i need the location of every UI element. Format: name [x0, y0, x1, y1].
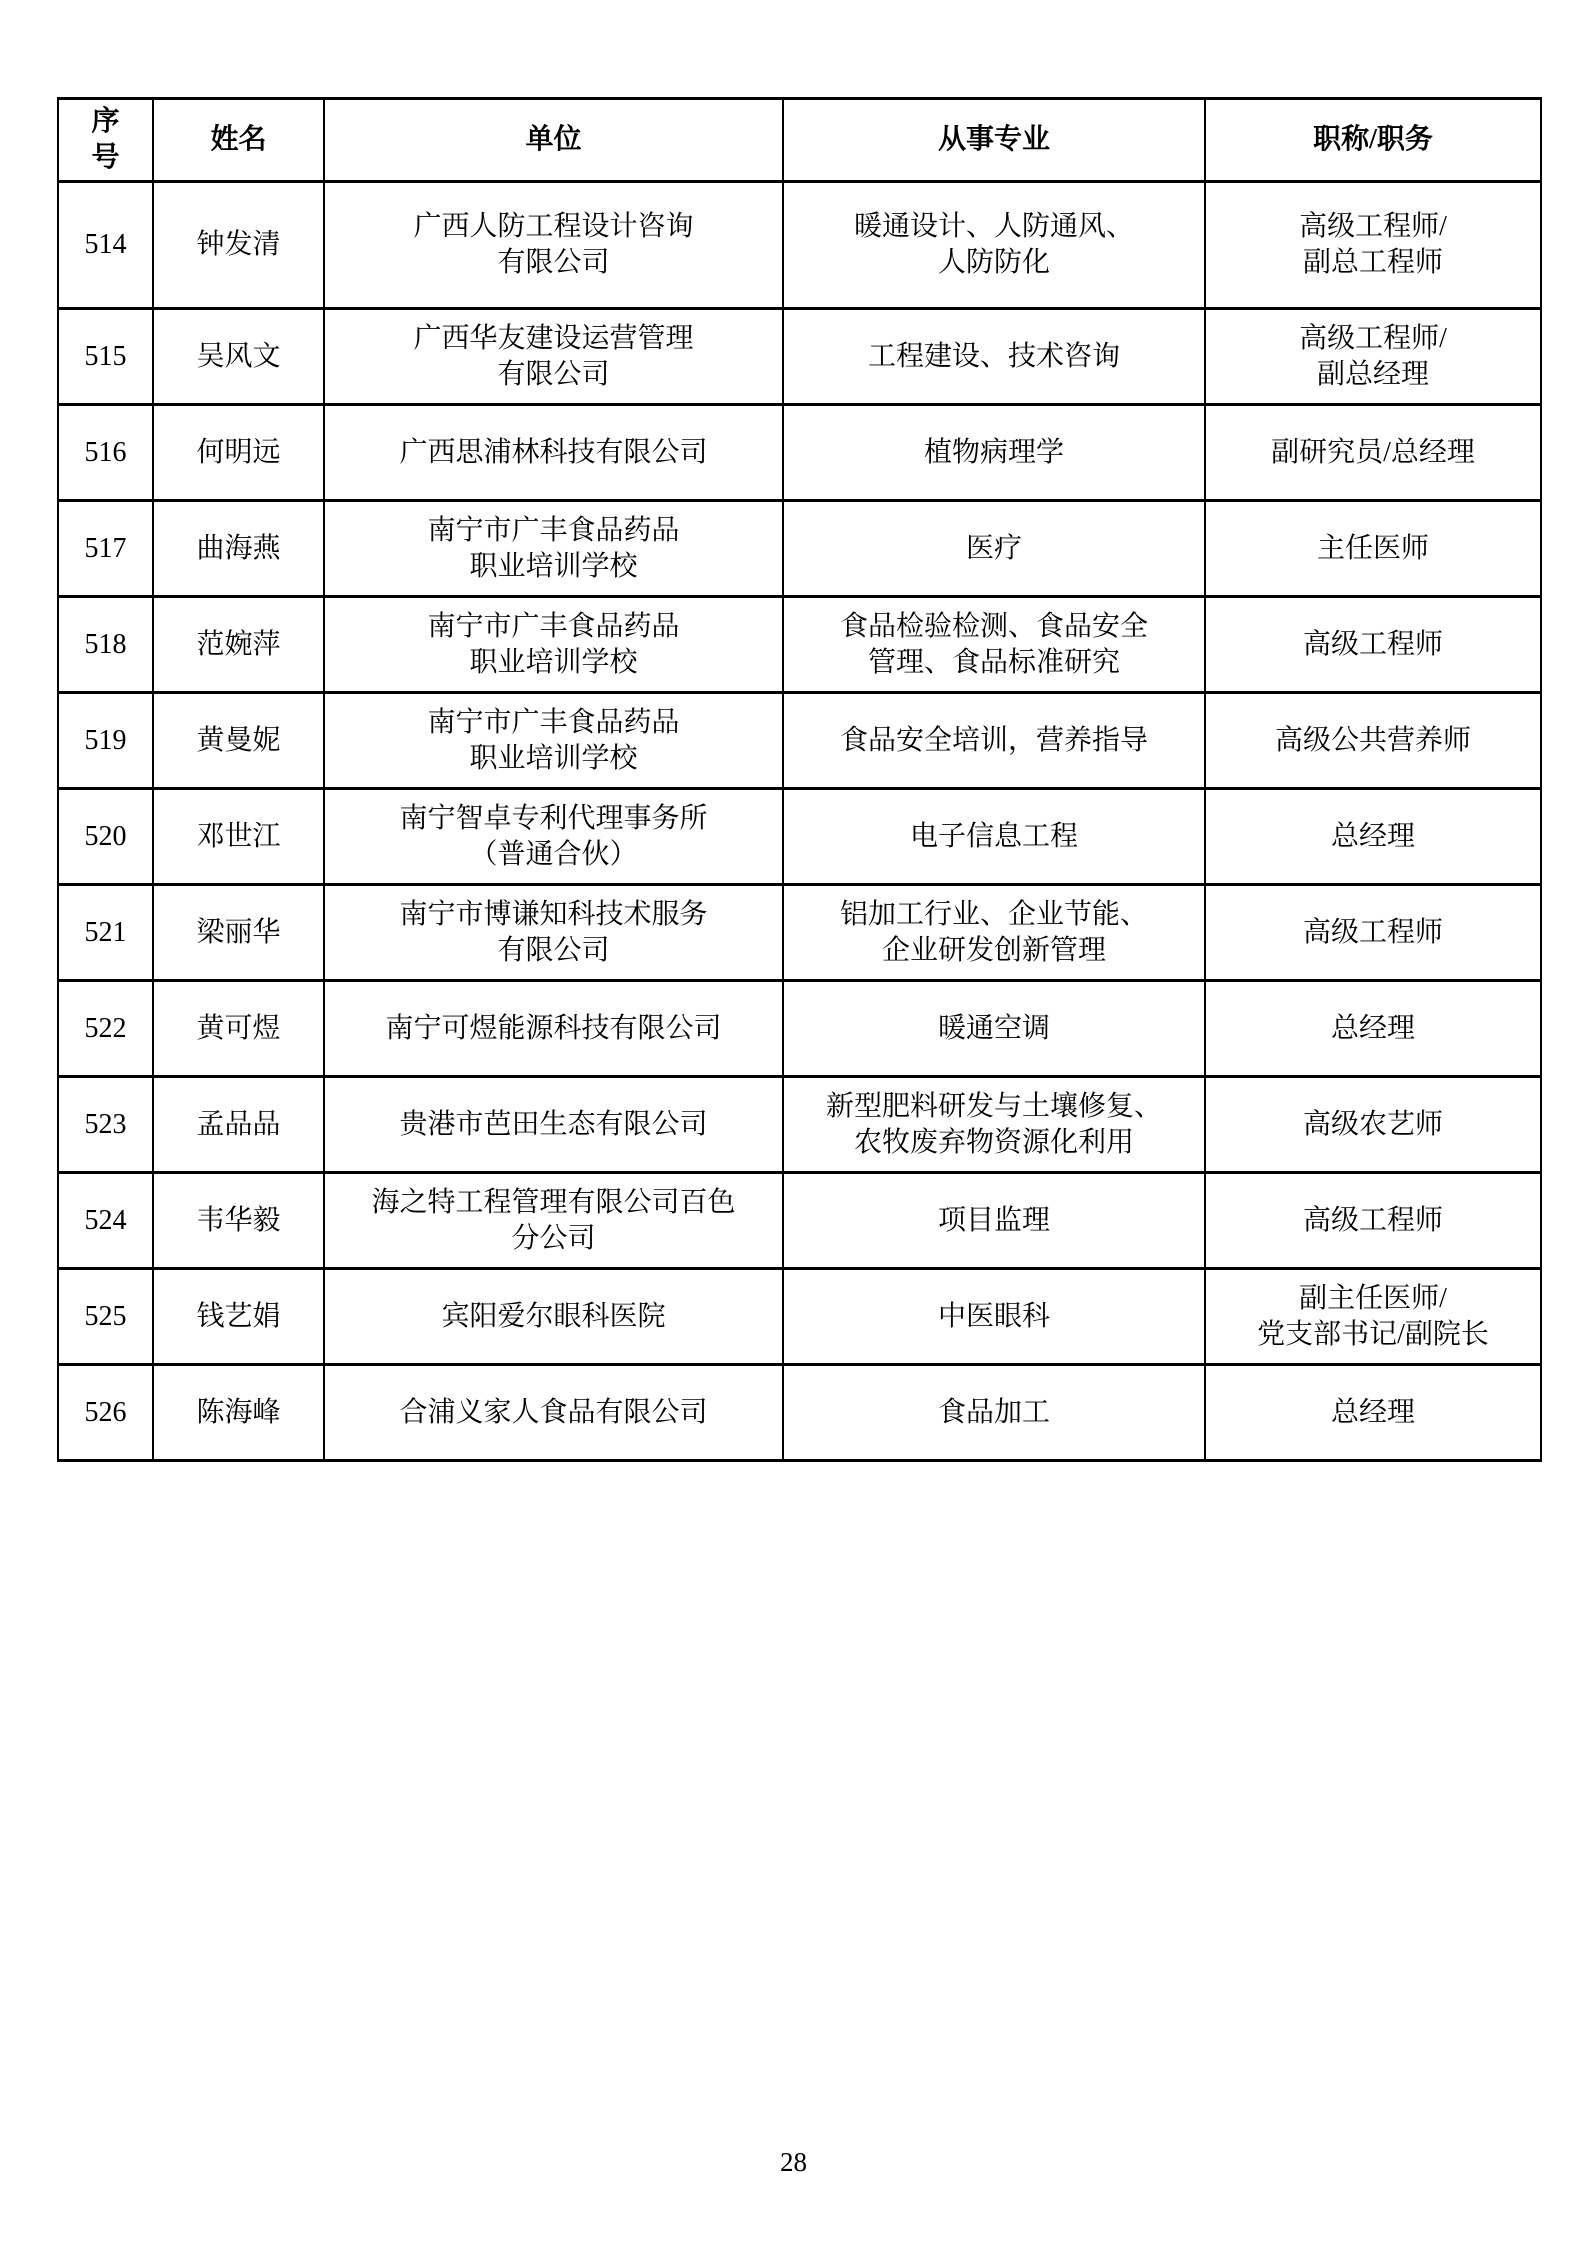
cell-profession: 医疗	[783, 501, 1205, 597]
table-row: 521 梁丽华 南宁市博谦知科技术服务 有限公司 铝加工行业、企业节能、 企业研…	[58, 885, 1541, 981]
header-title-position: 职称/职务	[1205, 99, 1541, 182]
cell-title-position: 总经理	[1205, 789, 1541, 885]
table-row: 516 何明远 广西思浦林科技有限公司 植物病理学 副研究员/总经理	[58, 405, 1541, 501]
cell-title-position: 高级工程师/ 副总工程师	[1205, 182, 1541, 309]
cell-organization: 海之特工程管理有限公司百色 分公司	[324, 1173, 783, 1269]
cell-profession: 中医眼科	[783, 1269, 1205, 1365]
cell-serial-number: 520	[58, 789, 153, 885]
cell-title-position: 高级工程师	[1205, 885, 1541, 981]
cell-serial-number: 524	[58, 1173, 153, 1269]
cell-organization: 南宁市广丰食品药品 职业培训学校	[324, 501, 783, 597]
cell-serial-number: 522	[58, 981, 153, 1077]
cell-name: 孟品品	[153, 1077, 324, 1173]
cell-serial-number: 515	[58, 309, 153, 405]
cell-organization: 贵港市芭田生态有限公司	[324, 1077, 783, 1173]
header-name: 姓名	[153, 99, 324, 182]
cell-organization: 南宁智卓专利代理事务所 （普通合伙）	[324, 789, 783, 885]
table-row: 524 韦华毅 海之特工程管理有限公司百色 分公司 项目监理 高级工程师	[58, 1173, 1541, 1269]
cell-organization: 南宁市博谦知科技术服务 有限公司	[324, 885, 783, 981]
cell-name: 曲海燕	[153, 501, 324, 597]
cell-profession: 电子信息工程	[783, 789, 1205, 885]
cell-organization: 宾阳爱尔眼科医院	[324, 1269, 783, 1365]
table-row: 514 钟发清 广西人防工程设计咨询 有限公司 暖通设计、人防通风、 人防防化 …	[58, 182, 1541, 309]
cell-profession: 食品加工	[783, 1365, 1205, 1461]
table-row: 518 范婉萍 南宁市广丰食品药品 职业培训学校 食品检验检测、食品安全 管理、…	[58, 597, 1541, 693]
cell-title-position: 副研究员/总经理	[1205, 405, 1541, 501]
cell-serial-number: 521	[58, 885, 153, 981]
cell-title-position: 副主任医师/ 党支部书记/副院长	[1205, 1269, 1541, 1365]
cell-serial-number: 516	[58, 405, 153, 501]
cell-name: 钟发清	[153, 182, 324, 309]
cell-profession: 食品安全培训，营养指导	[783, 693, 1205, 789]
cell-name: 何明远	[153, 405, 324, 501]
cell-organization: 广西人防工程设计咨询 有限公司	[324, 182, 783, 309]
table-row: 515 吴风文 广西华友建设运营管理 有限公司 工程建设、技术咨询 高级工程师/…	[58, 309, 1541, 405]
cell-name: 黄可煜	[153, 981, 324, 1077]
cell-serial-number: 519	[58, 693, 153, 789]
cell-serial-number: 517	[58, 501, 153, 597]
cell-profession: 项目监理	[783, 1173, 1205, 1269]
header-organization: 单位	[324, 99, 783, 182]
cell-title-position: 主任医师	[1205, 501, 1541, 597]
cell-title-position: 高级工程师/ 副总经理	[1205, 309, 1541, 405]
table-header-row: 序 号 姓名 单位 从事专业 职称/职务	[58, 99, 1541, 182]
cell-serial-number: 514	[58, 182, 153, 309]
cell-profession: 新型肥料研发与土壤修复、 农牧废弃物资源化利用	[783, 1077, 1205, 1173]
cell-title-position: 高级工程师	[1205, 597, 1541, 693]
cell-profession: 工程建设、技术咨询	[783, 309, 1205, 405]
header-serial-number: 序 号	[58, 99, 153, 182]
table-row: 519 黄曼妮 南宁市广丰食品药品 职业培训学校 食品安全培训，营养指导 高级公…	[58, 693, 1541, 789]
cell-name: 黄曼妮	[153, 693, 324, 789]
cell-profession: 暖通设计、人防通风、 人防防化	[783, 182, 1205, 309]
cell-title-position: 高级工程师	[1205, 1173, 1541, 1269]
header-profession: 从事专业	[783, 99, 1205, 182]
cell-name: 陈海峰	[153, 1365, 324, 1461]
table-row: 523 孟品品 贵港市芭田生态有限公司 新型肥料研发与土壤修复、 农牧废弃物资源…	[58, 1077, 1541, 1173]
cell-profession: 暖通空调	[783, 981, 1205, 1077]
cell-serial-number: 523	[58, 1077, 153, 1173]
cell-organization: 广西华友建设运营管理 有限公司	[324, 309, 783, 405]
cell-serial-number: 518	[58, 597, 153, 693]
personnel-table: 序 号 姓名 单位 从事专业 职称/职务 514 钟发清 广西人防工程设计咨询 …	[57, 97, 1542, 1462]
cell-organization: 南宁可煜能源科技有限公司	[324, 981, 783, 1077]
cell-serial-number: 526	[58, 1365, 153, 1461]
cell-title-position: 高级农艺师	[1205, 1077, 1541, 1173]
cell-profession: 植物病理学	[783, 405, 1205, 501]
cell-name: 吴风文	[153, 309, 324, 405]
table-row: 517 曲海燕 南宁市广丰食品药品 职业培训学校 医疗 主任医师	[58, 501, 1541, 597]
cell-title-position: 总经理	[1205, 1365, 1541, 1461]
cell-profession: 食品检验检测、食品安全 管理、食品标准研究	[783, 597, 1205, 693]
cell-title-position: 高级公共营养师	[1205, 693, 1541, 789]
page-number: 28	[0, 2146, 1587, 2178]
table-row: 525 钱艺娟 宾阳爱尔眼科医院 中医眼科 副主任医师/ 党支部书记/副院长	[58, 1269, 1541, 1365]
table-row: 520 邓世江 南宁智卓专利代理事务所 （普通合伙） 电子信息工程 总经理	[58, 789, 1541, 885]
cell-profession: 铝加工行业、企业节能、 企业研发创新管理	[783, 885, 1205, 981]
cell-organization: 南宁市广丰食品药品 职业培训学校	[324, 597, 783, 693]
cell-title-position: 总经理	[1205, 981, 1541, 1077]
cell-name: 范婉萍	[153, 597, 324, 693]
table-row: 522 黄可煜 南宁可煜能源科技有限公司 暖通空调 总经理	[58, 981, 1541, 1077]
cell-organization: 广西思浦林科技有限公司	[324, 405, 783, 501]
cell-name: 钱艺娟	[153, 1269, 324, 1365]
cell-organization: 南宁市广丰食品药品 职业培训学校	[324, 693, 783, 789]
cell-name: 韦华毅	[153, 1173, 324, 1269]
cell-serial-number: 525	[58, 1269, 153, 1365]
table-row: 526 陈海峰 合浦义家人食品有限公司 食品加工 总经理	[58, 1365, 1541, 1461]
cell-organization: 合浦义家人食品有限公司	[324, 1365, 783, 1461]
cell-name: 梁丽华	[153, 885, 324, 981]
cell-name: 邓世江	[153, 789, 324, 885]
